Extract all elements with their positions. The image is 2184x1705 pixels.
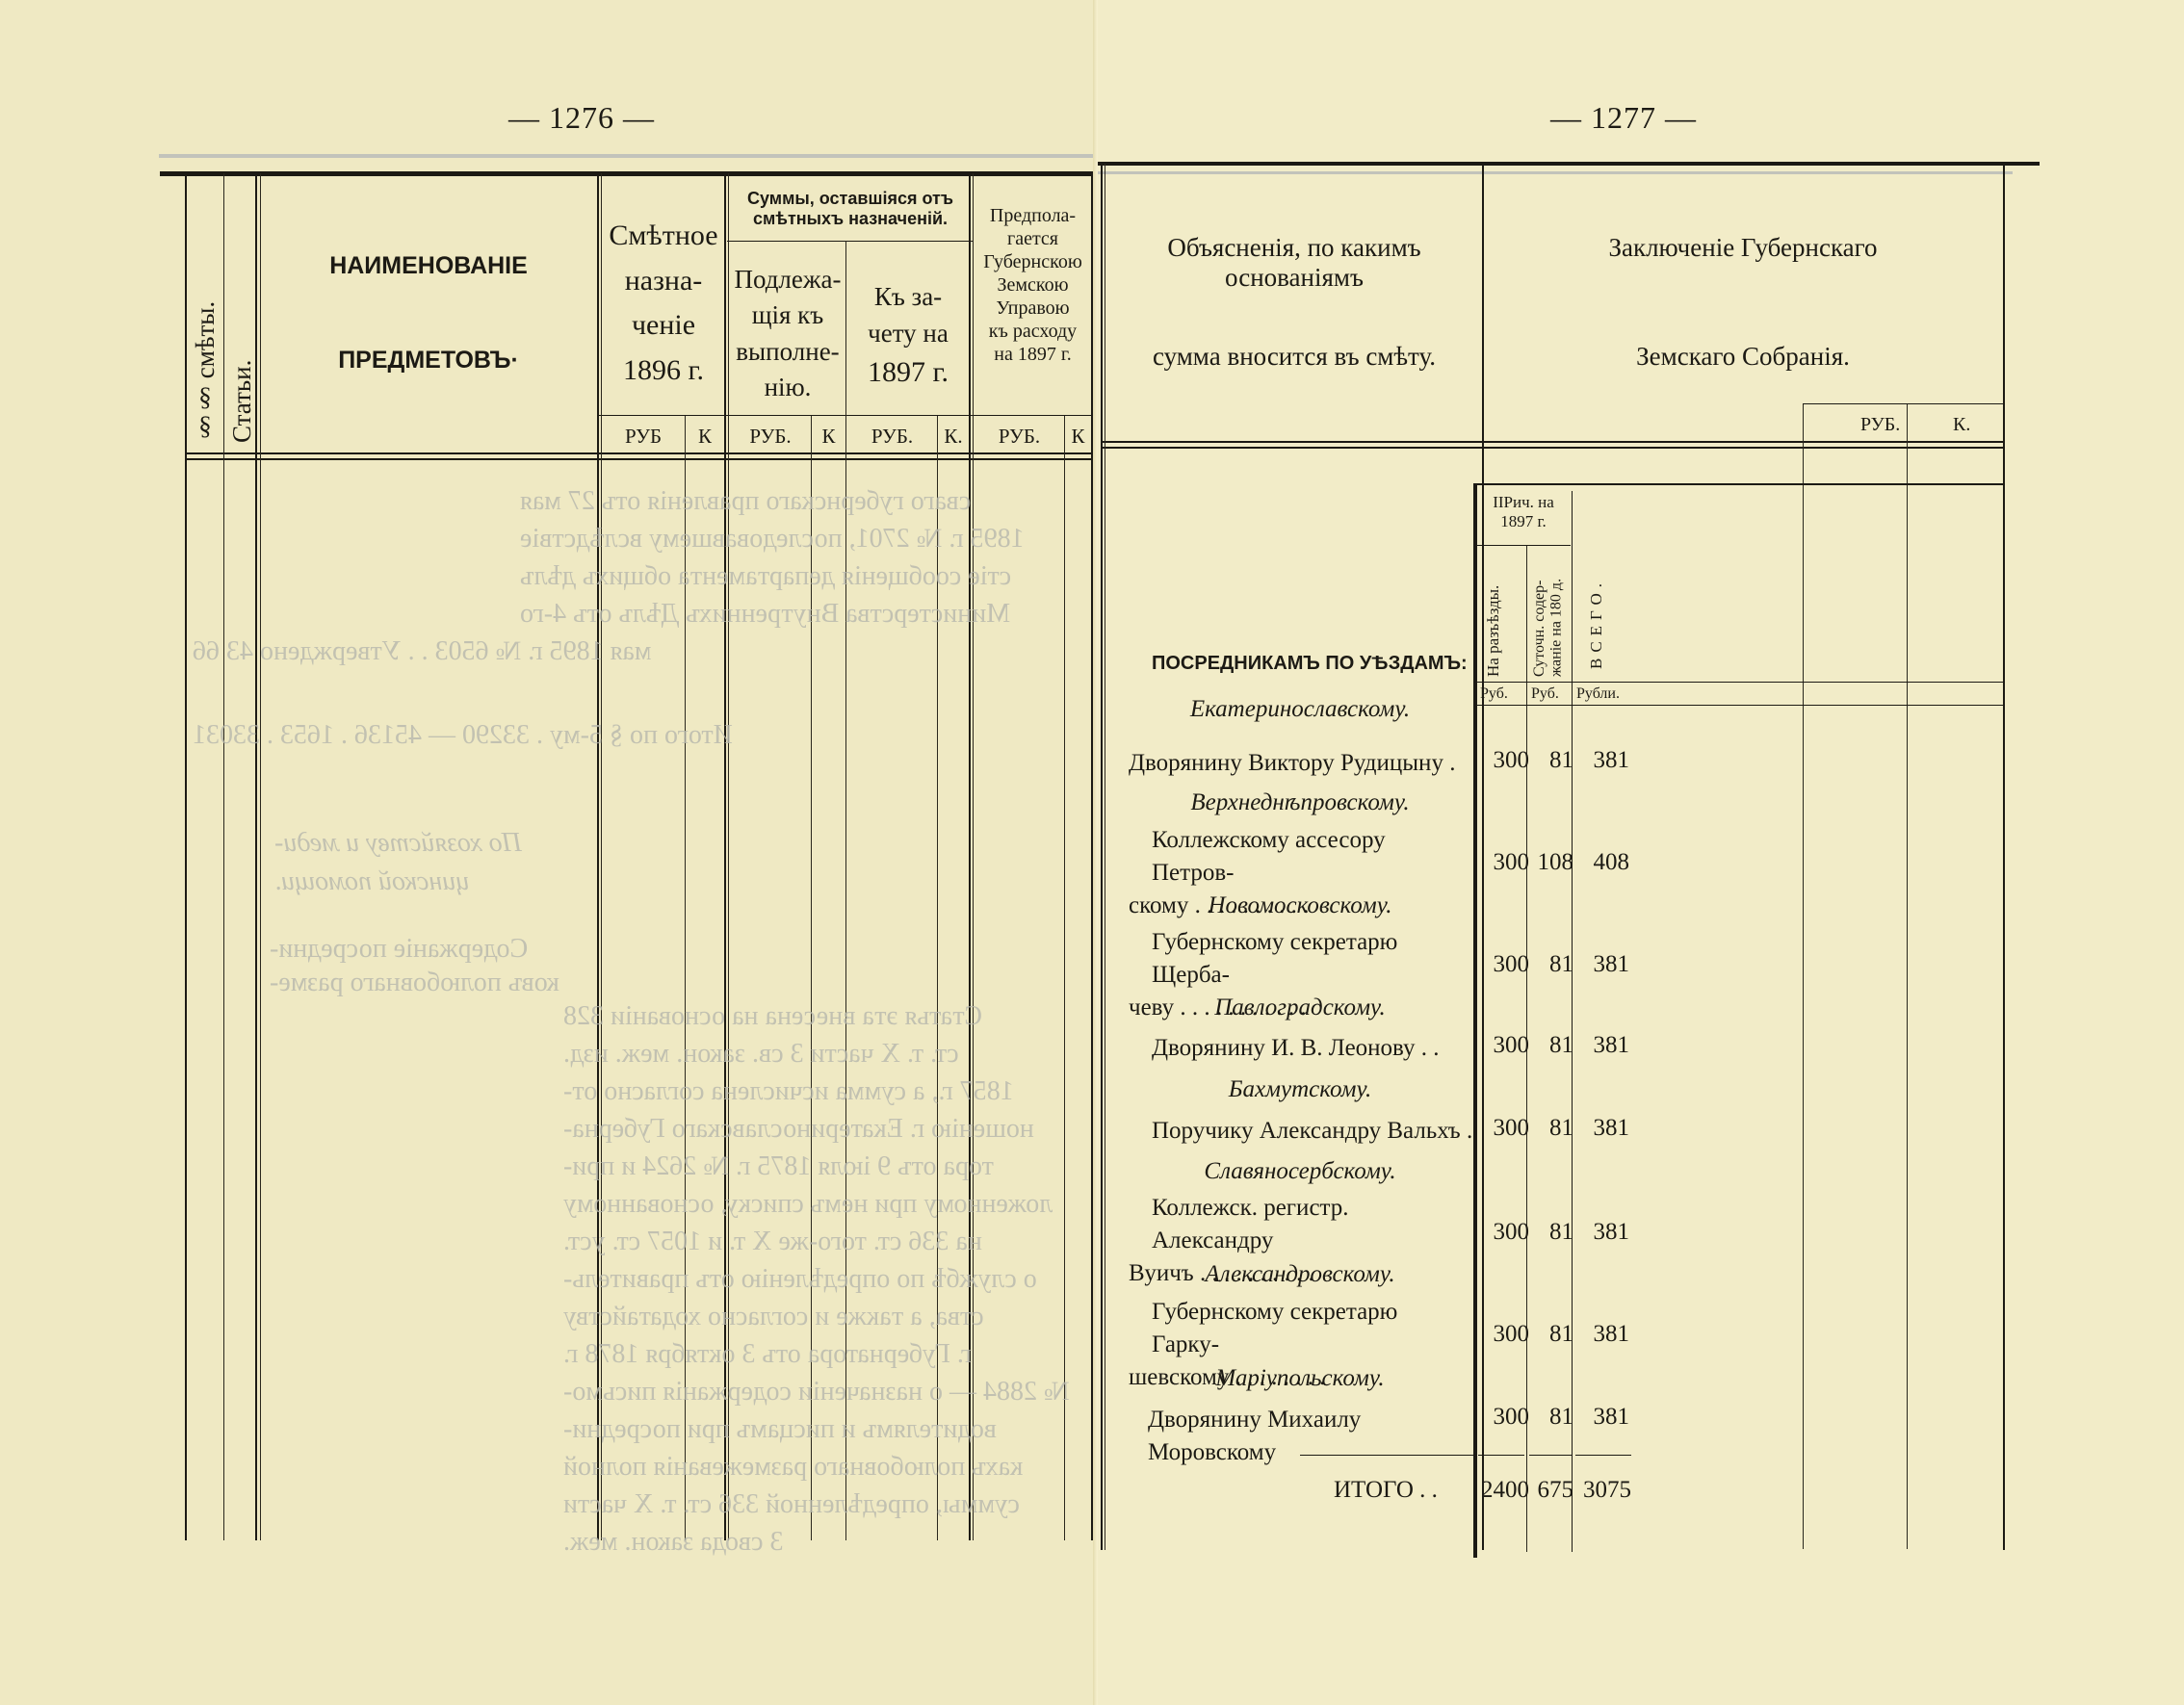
total-value: 381 (1579, 1032, 1629, 1059)
total-value: 408 (1579, 849, 1629, 876)
col-rule (223, 173, 224, 1540)
inner-col-travel: На разъѣзды. (1484, 554, 1503, 677)
col-rule (1105, 164, 1105, 1550)
bleed-text: Статья эта внесена на основаніи 328 (563, 1001, 982, 1032)
header-name-line1: НАИМЕНОВАНІЕ (262, 252, 595, 280)
daily-value: 81 (1527, 951, 1573, 978)
travel-value: 300 (1479, 1404, 1529, 1431)
recipient-name: Дворянину Михаилу Моровскому (1129, 1404, 1485, 1469)
header-article: Статьи. (227, 318, 257, 443)
bleed-text: на 336 ст. того-же X т. и 1057 ст. уст. (563, 1227, 982, 1257)
inner-unit: Руб. (1531, 685, 1559, 703)
header-explanation-line1: Объясненія, по какимъ основаніямъ (1107, 233, 1481, 293)
total-rule (1529, 1455, 1572, 1456)
daily-value: 81 (1527, 1219, 1573, 1246)
col-rule (973, 173, 974, 1540)
bleed-text: 1857 г., а сумма исчислена согласно от- (563, 1076, 1014, 1107)
inner-unit: Рубли. (1576, 685, 1620, 703)
header-to-execute: Подлежа- щія къ выполне- нію. (730, 262, 845, 405)
travel-value: 300 (1479, 849, 1529, 876)
bleed-text: сваго губернскаго правленія отъ 27 мая (520, 486, 971, 517)
page-number-left: — 1276 — (508, 100, 655, 136)
header-bottom-rule-2 (1101, 447, 2004, 449)
unit-label: К. (1953, 414, 1970, 436)
total-value: 381 (1579, 1404, 1629, 1431)
district-label: Верхнеднѣпровскому. (1117, 789, 1483, 816)
header-conclusion-line2: Земскаго Собранія. (1485, 342, 2001, 372)
unit-label: К (812, 425, 845, 449)
header-remaining-group: Суммы, оставшіяся отъ смѣтныхъ назначені… (730, 189, 971, 228)
header-conclusion-line1: Заключеніе Губернскаго (1485, 233, 2001, 263)
unit-label: К. (938, 425, 969, 449)
total-rule (1575, 1455, 1631, 1456)
header-bottom-rule-2 (185, 458, 1098, 460)
col-rule (724, 173, 726, 1540)
header-section: §§ смѣты. (191, 289, 221, 443)
daily-value: 81 (1527, 1321, 1573, 1348)
inner-units-rule-2 (1476, 705, 2003, 706)
bleed-text: ковъ полюбовнаго разме- (270, 968, 559, 998)
travel-value: 300 (1479, 951, 1529, 978)
travel-value: 300 (1479, 1032, 1529, 1059)
header-proposed: Предпола- гается Губернскою Земскою Упра… (973, 204, 1093, 366)
units-rule (1803, 403, 2003, 404)
recipient-name: Дворянину Виктору Рудицыну . (1129, 747, 1466, 780)
inner-top-rule (1473, 483, 2003, 485)
travel-value: 300 (1479, 1219, 1529, 1246)
total-value: 381 (1579, 1115, 1629, 1142)
inner-col-total: ВСЕГО. (1587, 563, 1606, 669)
top-rule (160, 171, 1098, 176)
daily-value: 81 (1527, 1032, 1573, 1059)
inner-group-header: IIРич. на 1897 г. (1476, 493, 1571, 532)
inner-group-rule (1476, 545, 1571, 546)
section-title: ПОСРЕДНИКАМЪ ПО УѢЗДАМЪ: (1152, 653, 1468, 675)
bleed-text: ст. т. X части 3 св. закон. меж. изд. (563, 1039, 959, 1070)
bleed-text: 3 свода закон. меж. (563, 1527, 783, 1558)
total-value: 381 (1579, 747, 1629, 774)
inner-col-daily: Суточн. содер- жаніе на 180 д. (1531, 554, 1565, 677)
bleed-text: суммы, опредѣленной 336 ст. т. X части (563, 1489, 1020, 1520)
travel-value: 300 (1479, 1115, 1529, 1142)
district-label: Бахмутскому. (1117, 1076, 1483, 1103)
unit-label: РУБ. (1860, 414, 1900, 436)
page-number-right: — 1277 — (1550, 100, 1697, 136)
col-rule (597, 173, 599, 1540)
bleed-text: стіе сообщенія департамента общихъ дѣлъ (520, 561, 1011, 592)
bleed-text: ства, а также и согласно ходатайству (563, 1302, 984, 1332)
group-rule (727, 241, 973, 242)
total-label: ИТОГО . . (1334, 1477, 1438, 1504)
unit-label: РУБ. (730, 425, 811, 449)
unit-label: К (686, 425, 724, 449)
header-bottom-rule (185, 452, 1098, 454)
bleed-text: водителямъ и писцамъ при посредни- (563, 1414, 997, 1445)
total-value: 381 (1579, 1219, 1629, 1246)
col-rule (1064, 416, 1065, 1540)
recipient-name: Дворянину И. В. Леонову . . (1129, 1032, 1489, 1065)
col-rule (1803, 403, 1804, 1549)
col-rule (1101, 164, 1103, 1550)
daily-value: 108 (1527, 849, 1573, 876)
total-rule (1300, 1455, 1473, 1456)
inner-unit: Руб. (1480, 685, 1508, 703)
col-rule (260, 173, 261, 1540)
unit-label: К (1065, 425, 1091, 449)
bleed-text: г. Губернатора отъ 3 октября 1878 г. (563, 1339, 972, 1370)
unit-label: РУБ. (975, 425, 1064, 449)
daily-value: 81 (1527, 747, 1573, 774)
total-value: 381 (1579, 951, 1629, 978)
units-rule (599, 415, 1098, 416)
bleed-text: Итого по § 5-му . 33290 — 45136 . 1653 .… (193, 720, 733, 751)
bleed-text: мая 1895 г. № 6503 . . Утверждено 43 66 (193, 636, 651, 667)
travel-value: 300 (1479, 1321, 1529, 1348)
header-bottom-rule (1101, 441, 2004, 443)
bleed-text: ложенному при немъ списку, основанному (563, 1189, 1053, 1220)
total-rule (1478, 1455, 1524, 1456)
bleed-text: Министерства Внутреннихъ Дѣлъ отъ 4-го (520, 599, 1010, 630)
district-label: Екатеринославскому. (1117, 696, 1483, 723)
district-label: Славяносербскому. (1117, 1158, 1483, 1185)
faint-rule (159, 154, 1098, 158)
bleed-text: № 2884 — о назначеніи содержанія письмо- (563, 1377, 1070, 1408)
col-rule (2003, 164, 2005, 1550)
bleed-text: цинской помощи. (274, 866, 469, 897)
total-value: 381 (1579, 1321, 1629, 1348)
col-rule (1907, 403, 1908, 1549)
header-budget: Смѣтное назна- ченіе 1896 г. (603, 214, 724, 393)
travel-value: 300 (1479, 747, 1529, 774)
col-rule (728, 173, 729, 1540)
unit-label: РУБ. (847, 425, 937, 449)
daily-value: 81 (1527, 1404, 1573, 1431)
district-label: Новомосковскому. (1117, 892, 1483, 919)
bleed-text: ношенію г. Екатеринославскаго Губерна- (563, 1114, 1034, 1145)
col-rule (185, 173, 187, 1540)
bleed-text: Содержаніе посредни- (270, 934, 528, 965)
bleed-text: о службѣ по опредѣленію отъ правитель- (563, 1264, 1037, 1295)
col-rule (969, 173, 971, 1540)
col-rule (601, 173, 602, 1540)
total-total: 3075 (1575, 1477, 1631, 1504)
district-label: Павлоградскому. (1117, 995, 1483, 1021)
bleed-text: 1895 г. № 2701, последовавшему вслѣдстві… (520, 524, 1025, 555)
unit-label: РУБ (603, 425, 684, 449)
bleed-text: По хозяйству и меди- (274, 828, 522, 859)
bleed-text: кахъ полюбовнаго размежеванія полной (563, 1452, 1023, 1483)
header-explanation-line2: сумма вносится въ смѣту. (1107, 342, 1481, 372)
total-daily: 675 (1527, 1477, 1573, 1504)
daily-value: 81 (1527, 1115, 1573, 1142)
inner-units-rule (1476, 682, 2003, 683)
faint-rule (1098, 171, 2013, 174)
left-page: — 1276 — §§ смѣты. Статьи. НАИМЕНОВАНІЕ … (0, 0, 1098, 1705)
bleed-text: тора отъ 9 іюля 1875 г. № 2624 и при- (563, 1151, 994, 1182)
recipient-name: Поручику Александру Вальхъ . (1129, 1115, 1489, 1148)
header-to-credit: Къ за- чету на 1897 г. (847, 279, 969, 393)
district-label: Александровскому. (1117, 1261, 1483, 1288)
top-rule (1098, 162, 2040, 166)
total-travel: 2400 (1473, 1477, 1529, 1504)
district-label: Маріупольскому. (1117, 1365, 1483, 1392)
inner-col-rule (1572, 491, 1573, 1552)
header-name-line2: ПРЕДМЕТОВЪ· (262, 347, 595, 375)
